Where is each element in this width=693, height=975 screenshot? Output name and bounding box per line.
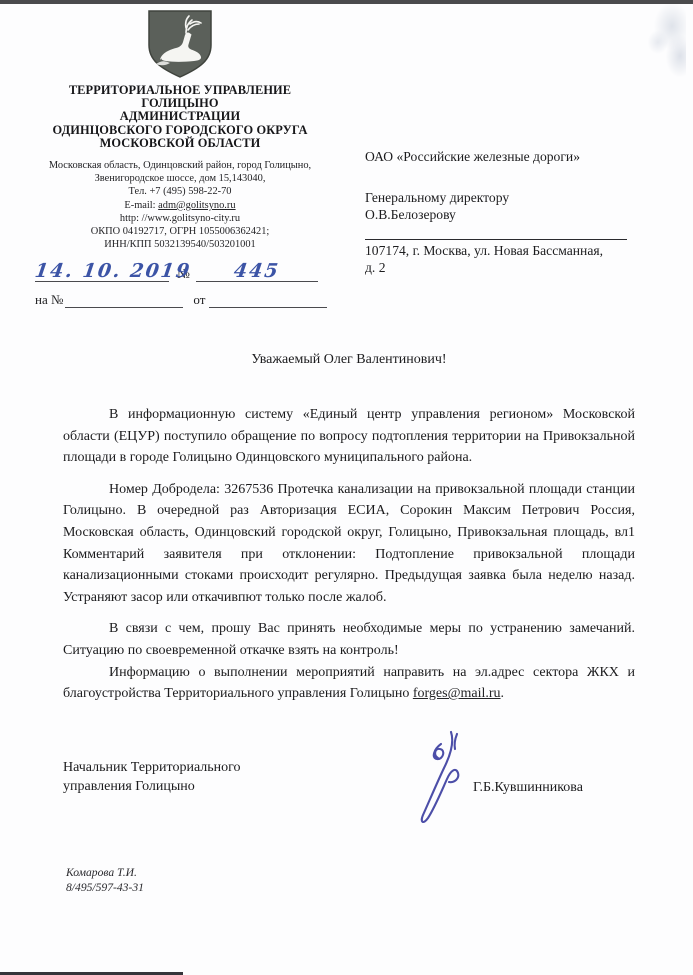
outgoing-ref-row: 14. 10. 2019 № 445	[35, 250, 365, 282]
signer-name: Г.Б.Кувшинникова	[473, 778, 583, 797]
body-paragraph-2: Номер Добродела: 3267536 Протечка канали…	[63, 479, 635, 609]
letterhead-website: http: //www.golitsyno-city.ru	[25, 212, 335, 225]
recipient-position: Генеральному директору	[365, 189, 645, 206]
org-name-line: АДМИНИСТРАЦИИ	[25, 110, 335, 123]
reply-number-field	[65, 307, 183, 308]
reference-block: 14. 10. 2019 № 445 на № от	[35, 250, 365, 308]
body-paragraph-4-period: .	[501, 686, 505, 701]
handwritten-date: 14. 10. 2019	[34, 261, 193, 281]
salutation: Уважаемый Олег Валентинович!	[63, 352, 635, 368]
signer-position-line: Начальник Территориального	[63, 758, 635, 777]
letterhead-email-line: E-mail: adm@golitsyno.ru	[25, 199, 335, 212]
letterhead-phone: Тел. +7 (495) 598-22-70	[25, 185, 335, 198]
recipient-address-line: 107174, г. Москва, ул. Новая Бассманная,	[365, 242, 645, 259]
letterhead-contacts: Московская область, Одинцовский район, г…	[25, 159, 335, 251]
scan-edge-top	[0, 0, 693, 4]
email-label: E-mail:	[124, 200, 158, 211]
letterhead-address-line: Звенигородское шоссе, дом 15,143040,	[25, 172, 335, 185]
body-paragraph-4-text: Информацию о выполнении мероприятий напр…	[63, 665, 635, 702]
body-paragraph-3: В связи с чем, прошу Вас принять необход…	[63, 618, 635, 661]
org-name-line: МОСКОВСКОЙ ОБЛАСТИ	[25, 137, 335, 150]
recipient-name: О.В.Белозерову	[365, 206, 645, 223]
outgoing-number-field: 445	[196, 261, 318, 282]
scanned-letter-page: ТЕРРИТОРИАЛЬНОЕ УПРАВЛЕНИЕ ГОЛИЦЫНО АДМИ…	[0, 0, 693, 975]
outgoing-date-field: 14. 10. 2019	[35, 261, 169, 282]
recipient-address-line: д. 2	[365, 259, 645, 276]
recipient-company: ОАО «Российские железные дороги»	[365, 148, 645, 165]
letterhead-email-link[interactable]: adm@golitsyno.ru	[158, 200, 235, 211]
org-name-line: ОДИНЦОВСКОГО ГОРОДСКОГО ОКРУГА	[25, 124, 335, 137]
signature-block: Начальник Территориального управления Го…	[63, 758, 635, 796]
handwritten-signature	[411, 728, 475, 830]
reply-date-field	[209, 307, 327, 308]
executor-block: Комарова Т.И. 8/495/597-43-31	[66, 866, 144, 895]
contact-email-link[interactable]: forges@mail.ru	[413, 686, 501, 701]
letter-body: В информационную систему «Единый центр у…	[63, 404, 635, 705]
letterhead: ТЕРРИТОРИАЛЬНОЕ УПРАВЛЕНИЕ ГОЛИЦЫНО АДМИ…	[25, 8, 335, 251]
recipient-divider-line	[365, 239, 627, 240]
executor-phone: 8/495/597-43-31	[66, 881, 144, 896]
body-paragraph-4: Информацию о выполнении мероприятий напр…	[63, 662, 635, 705]
incoming-ref-row: на № от	[35, 284, 365, 308]
body-paragraph-1: В информационную систему «Единый центр у…	[63, 404, 635, 469]
reply-to-label: на №	[35, 292, 63, 308]
coat-of-arms-emblem	[140, 8, 220, 80]
handwritten-number: 445	[233, 261, 281, 281]
letterhead-address-line: Московская область, Одинцовский район, г…	[25, 159, 335, 172]
recipient-block: ОАО «Российские железные дороги» Генерал…	[365, 148, 645, 276]
reply-from-label: от	[193, 292, 205, 308]
letterhead-okpo-ogrn: ОКПО 04192717, ОГРН 1055006362421;	[25, 225, 335, 238]
scan-smudge-artifact	[606, 4, 686, 90]
executor-name: Комарова Т.И.	[66, 866, 144, 881]
